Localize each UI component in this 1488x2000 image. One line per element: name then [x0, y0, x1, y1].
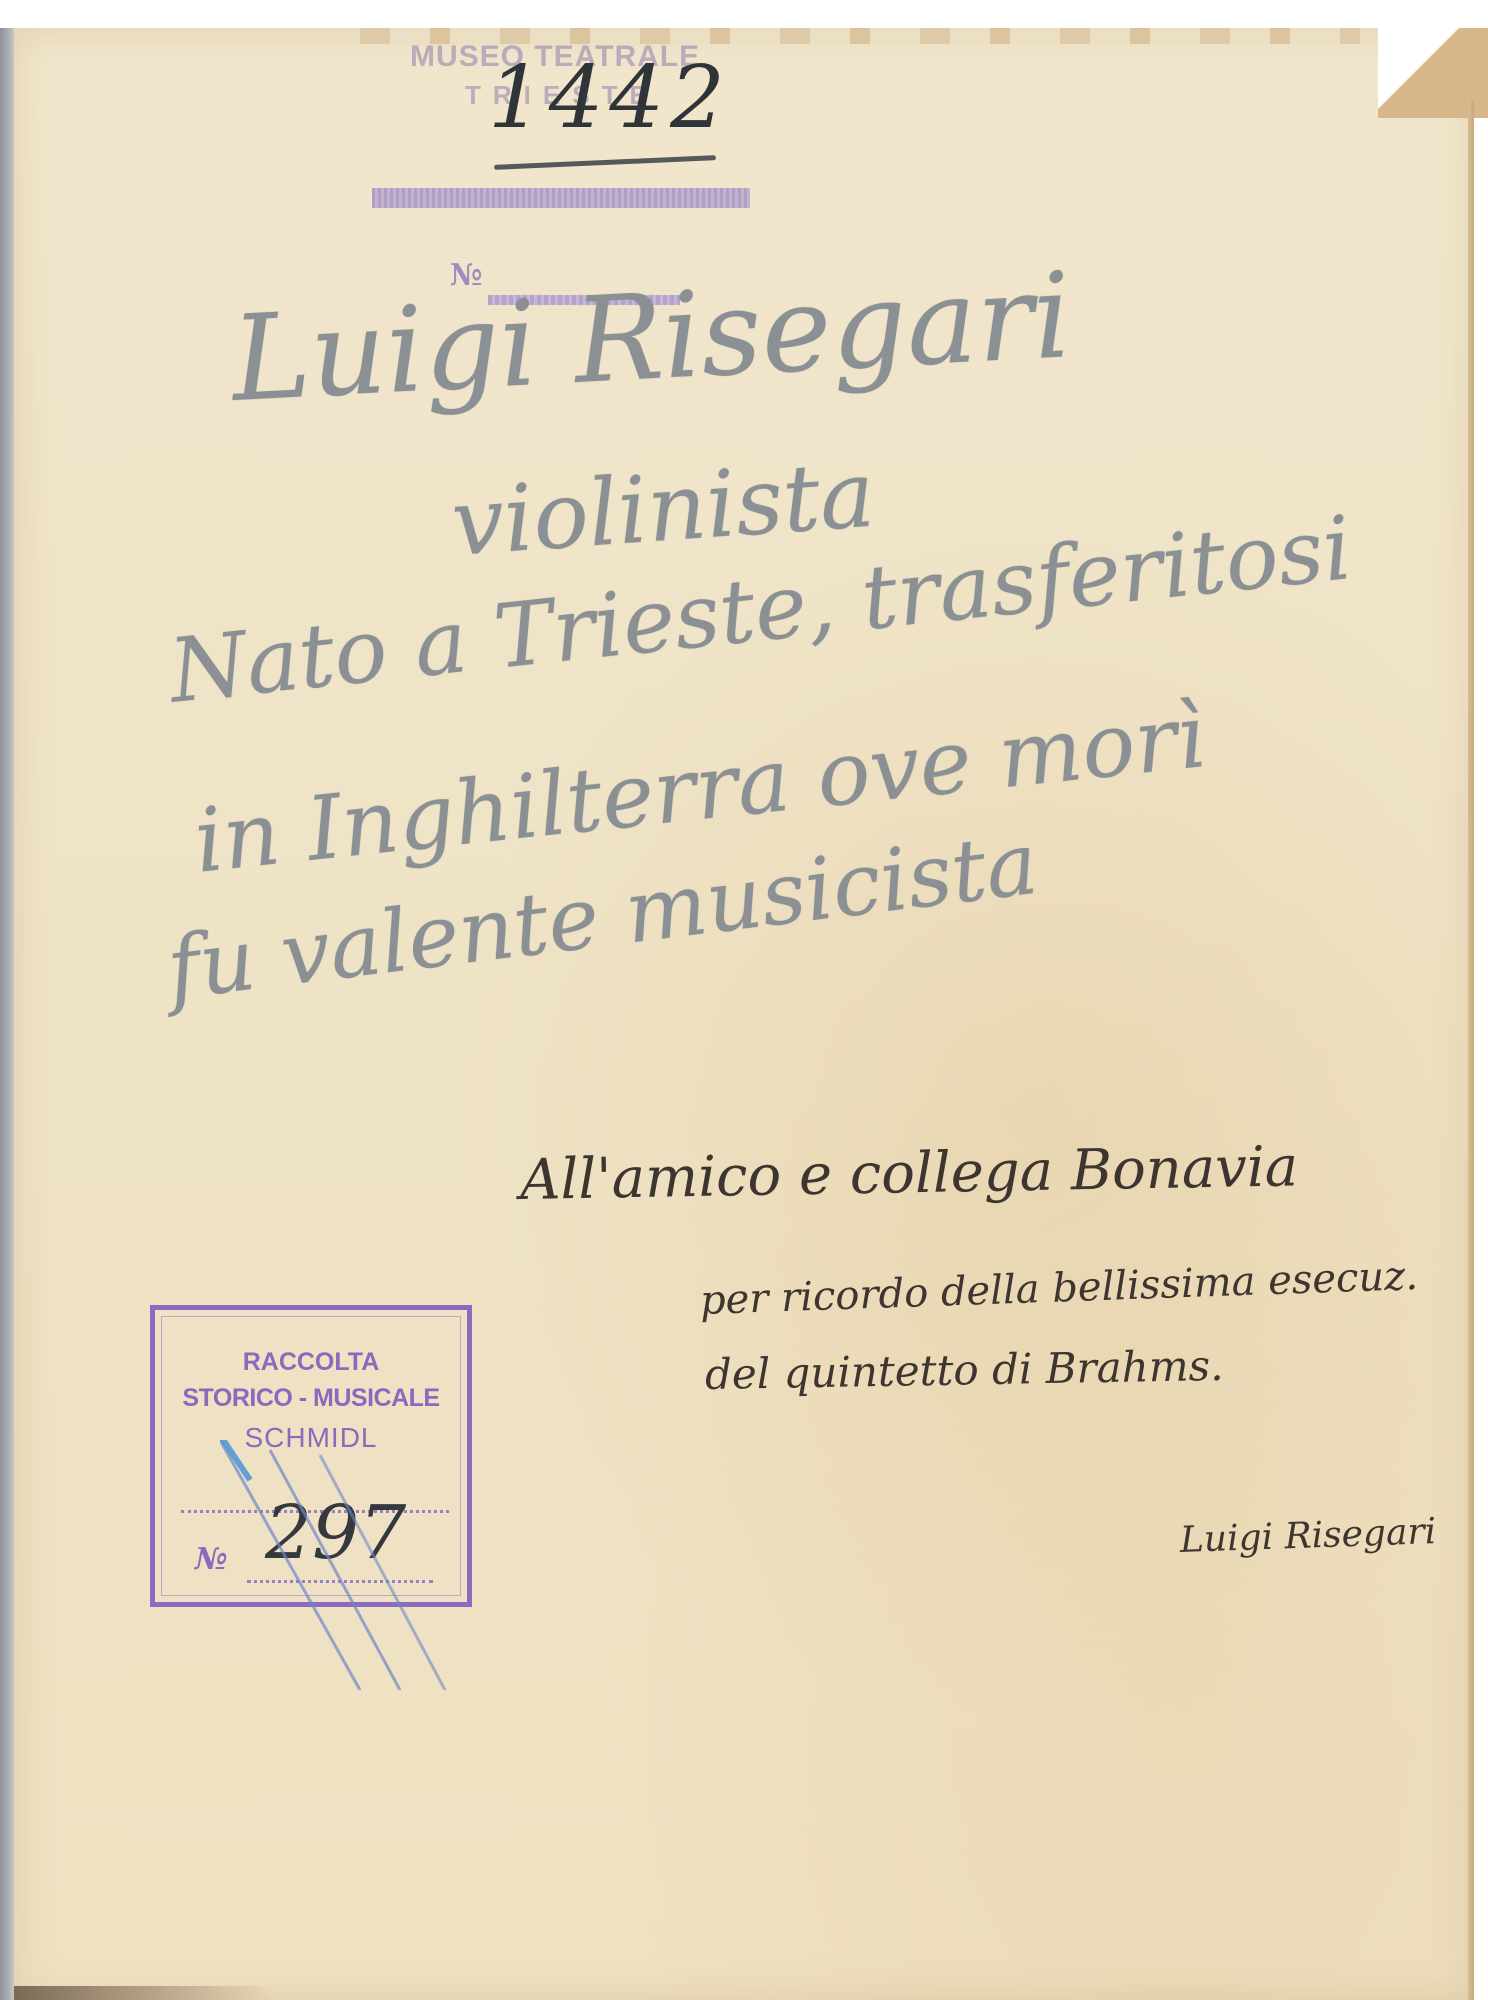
dedication-line1: All'amico e collega Bonavia [519, 1134, 1298, 1213]
dedication-line3: del quintetto di Brahms. [705, 1341, 1224, 1399]
stamp-line3: SCHMIDL [155, 1422, 467, 1454]
page-right-edge [1468, 100, 1474, 2000]
accession-number: 1442 [488, 48, 731, 148]
stamp-dotted-line [247, 1580, 433, 1583]
stamp-bar [372, 188, 750, 208]
bottom-edge-stain [14, 1986, 274, 2000]
stamp-number: 297 [265, 1490, 406, 1576]
stamp-number-label: № [195, 1542, 228, 1577]
stamp-line1: RACCOLTA [155, 1348, 467, 1377]
stamp-line2: STORICO - MUSICALE [155, 1384, 467, 1413]
collection-stamp: RACCOLTA STORICO - MUSICALE SCHMIDL № 29… [150, 1305, 472, 1607]
